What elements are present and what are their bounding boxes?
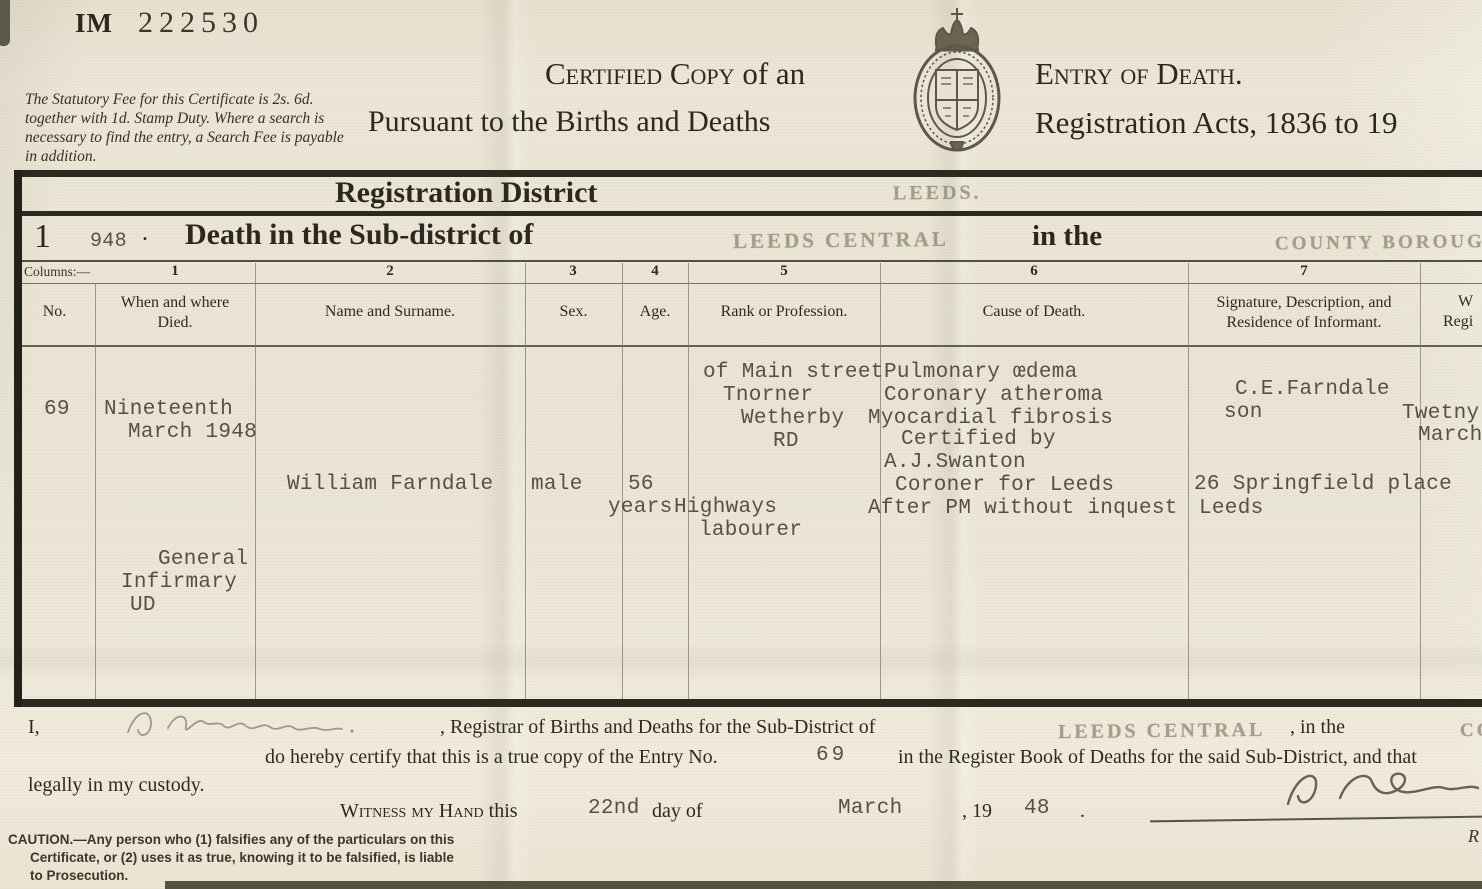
witness-period: . [1080,800,1085,823]
header-rank: Rank or Profession. [688,302,880,322]
column-divider [255,263,256,699]
entry-name: William Farndale [287,473,493,496]
column-divider [525,263,526,699]
entry-informant-line4: Leeds [1199,497,1264,520]
header-informant-line1: Signature, Description, and [1188,293,1420,313]
entry-no: 69 [44,398,70,421]
witness-this: this [484,800,518,822]
footer-entry-no: 69 [816,744,847,767]
in-the-label: in the [1032,220,1102,253]
certify-line: do hereby certify that this is a true co… [265,746,718,769]
entry-year-typed: 948 [90,230,127,253]
entry-number-prefix: 1 [34,218,51,256]
title-pursuant: Pursuant to the Births and Deaths [368,105,770,139]
column-number-3: 3 [569,263,577,280]
subdistrict-label: Death in the Sub-district of [185,218,533,252]
entry-died-line5: UD [130,594,156,617]
entry-informant-line1: C.E.Farndale [1235,378,1390,401]
witness-year-printed: , 19 [962,800,992,823]
entry-age-value: 56 [628,473,654,496]
entry-cause-line1: Pulmonary œdema [884,361,1078,384]
witness-label: Witness my Hand [340,800,484,822]
district-stamp: LEEDS. [893,182,982,206]
entry-residence-line2: Tnorner [723,384,813,407]
column-number-5: 5 [780,263,788,280]
frame-top-border [14,170,1482,177]
scan-bottom-edge [165,881,1482,889]
witness-month-typed: March [838,797,903,820]
header-age: Age. [622,302,688,322]
entry-informant-line3: 26 Springfield place [1194,473,1452,496]
header-cause: Cause of Death. [880,302,1188,322]
witness-day-of: day of [652,800,703,823]
entry-cause-line5: A.J.Swanton [884,451,1026,474]
county-stamp: COUNTY BOROUGH O [1275,231,1482,256]
column-number-1: 1 [171,263,179,280]
frame-rule [14,283,1482,284]
signature-rule [1150,816,1482,823]
caution-line2: Certificate, or (2) uses it as true, kno… [30,849,454,867]
entry-profession-line1: Highways [674,496,777,519]
title-entry-of-death: Entry of Death. [1035,56,1243,92]
witness-line: Witness my Hand this [340,800,518,823]
frame-rule [14,211,1482,216]
entry-residence-line4: RD [773,430,799,453]
death-certificate-scan: IM 222530 The Statutory Fee for this Cer… [0,0,1482,889]
entry-died-line2: March 1948 [128,421,257,444]
footer-subdistrict-stamp: LEEDS CENTRAL [1058,719,1266,744]
entry-residence-line1: of Main street [703,361,884,384]
header-registered-frag2: Regi [1443,313,1473,331]
entry-registered-line1: Twetny [1402,402,1479,425]
entry-profession-line2: labourer [699,519,802,542]
entry-age-unit: years [608,496,673,519]
entry-informant-line2: son [1224,401,1263,424]
paper-crease [0,640,1482,680]
entry-cause-line6: Coroner for Leeds [895,474,1114,497]
footer-in-the: , in the [1290,716,1345,739]
royal-crest-icon [903,4,1011,156]
column-divider [688,263,689,699]
column-number-2: 2 [386,263,394,280]
column-number-4: 4 [651,263,659,280]
columns-label: Columns:— [24,264,90,280]
title-certified-copy-rest: of an [735,56,806,91]
entry-died-line1: Nineteenth [104,398,233,421]
certificate-number: 222530 [138,6,264,40]
header-when-where: When and where Died. [95,293,255,333]
frame-left-border [14,170,22,707]
series-code: IM [75,8,113,39]
entry-cause-line2: Coronary atheroma [884,384,1103,407]
title-certified-copy-caps: Certified Copy [545,56,735,91]
subdistrict-stamp: LEEDS CENTRAL [733,227,949,254]
header-registered-frag1: W [1458,293,1473,311]
scan-edge-artifact [0,0,10,46]
header-name: Name and Surname. [255,302,525,322]
registrar-title-fragment: R [1468,826,1479,847]
caution-line1: CAUTION.—Any person who (1) falsifies an… [8,831,454,849]
frame-rule [14,260,1482,262]
title-registration-acts: Registration Acts, 1836 to 19 [1035,105,1398,141]
header-informant: Signature, Description, and Residence of… [1188,293,1420,333]
title-certified-copy: Certified Copy of an [545,56,805,92]
footer-county-fragment: CO [1460,720,1482,742]
header-when-where-line1: When and where [95,293,255,313]
registration-district-label: Registration District [335,176,597,210]
entry-cause-line7: After PM without inquest [868,497,1178,520]
witness-day-typed: 22nd [588,797,640,820]
registrar-signature-pencil [120,700,370,744]
entry-period: . [142,220,148,247]
column-divider [622,263,623,699]
header-no: No. [14,302,95,322]
certify-i-label: I, [28,716,40,739]
custody-line: legally in my custody. [28,774,204,797]
column-divider [95,284,96,699]
statutory-fee-note: The Statutory Fee for this Certificate i… [25,90,357,166]
witness-year-typed: 48 [1024,797,1050,820]
header-informant-line2: Residence of Informant. [1188,313,1420,333]
registrar-signature-ink [1278,758,1482,816]
header-when-where-line2: Died. [95,313,255,333]
column-number-7: 7 [1300,263,1308,280]
column-number-6: 6 [1030,263,1038,280]
entry-cause-line4: Certified by [901,428,1056,451]
header-sex: Sex. [525,302,622,322]
column-divider [880,263,881,699]
entry-residence-line3: Wetherby [741,407,844,430]
entry-died-line3: General [158,548,248,571]
entry-registered-line2: March [1418,424,1482,447]
registrar-line: , Registrar of Births and Deaths for the… [440,716,875,739]
frame-rule [14,345,1482,347]
caution-line3: to Prosecution. [30,867,128,885]
entry-died-line4: Infirmary [121,571,237,594]
entry-sex: male [531,473,583,496]
entry-cause-line3: Myocardial fibrosis [868,407,1113,430]
